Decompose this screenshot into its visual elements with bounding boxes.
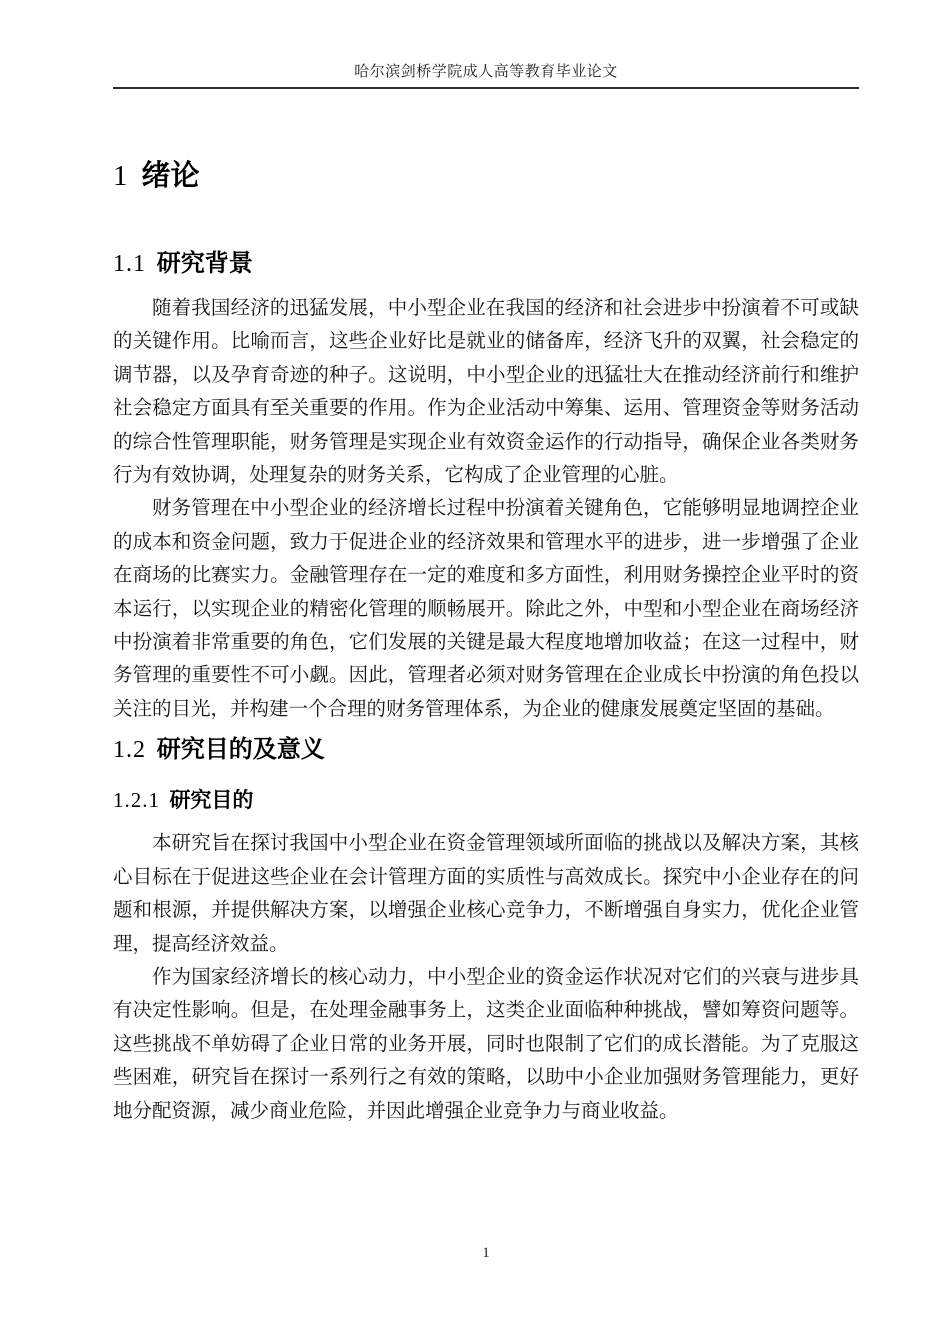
paragraph-purpose-2: 作为国家经济增长的核心动力，中小型企业的资金运作状况对它们的兴衰与进步具有决定性…: [113, 961, 859, 1128]
page-header-title: 哈尔滨剑桥学院成人高等教育毕业论文: [354, 64, 618, 80]
chapter-heading: 1绪论: [113, 161, 859, 192]
chapter-title: 绪论: [142, 160, 200, 192]
page-number: 1: [113, 1244, 859, 1262]
section-background-title: 研究背景: [157, 250, 253, 277]
section-background-number: 1.1: [113, 251, 146, 277]
section-purpose-title: 研究目的及意义: [157, 736, 325, 763]
document-page: 哈尔滨剑桥学院成人高等教育毕业论文 1绪论 1.1研究背景 随着我国经济的迅猛发…: [0, 0, 950, 1344]
section-heading-purpose: 1.2研究目的及意义: [113, 736, 859, 764]
section-purpose-number: 1.2: [113, 737, 146, 763]
section-heading-background: 1.1研究背景: [113, 250, 859, 278]
paragraph-purpose-1: 本研究旨在探讨我国中小型企业在资金管理领域所面临的挑战以及解决方案，其核心目标在…: [113, 827, 859, 961]
page-header: 哈尔滨剑桥学院成人高等教育毕业论文: [113, 62, 859, 89]
chapter-number: 1: [113, 160, 129, 192]
paragraph-background-2: 财务管理在中小型企业的经济增长过程中扮演着关键角色，它能够明显地调控企业的成本和…: [113, 492, 859, 726]
subsection-heading-purpose: 1.2.1研究目的: [113, 788, 859, 813]
subsection-purpose-number: 1.2.1: [113, 788, 160, 812]
paragraph-background-1: 随着我国经济的迅猛发展，中小型企业在我国的经济和社会进步中扮演着不可或缺的关键作…: [113, 292, 859, 492]
subsection-purpose-title: 研究目的: [169, 789, 253, 812]
